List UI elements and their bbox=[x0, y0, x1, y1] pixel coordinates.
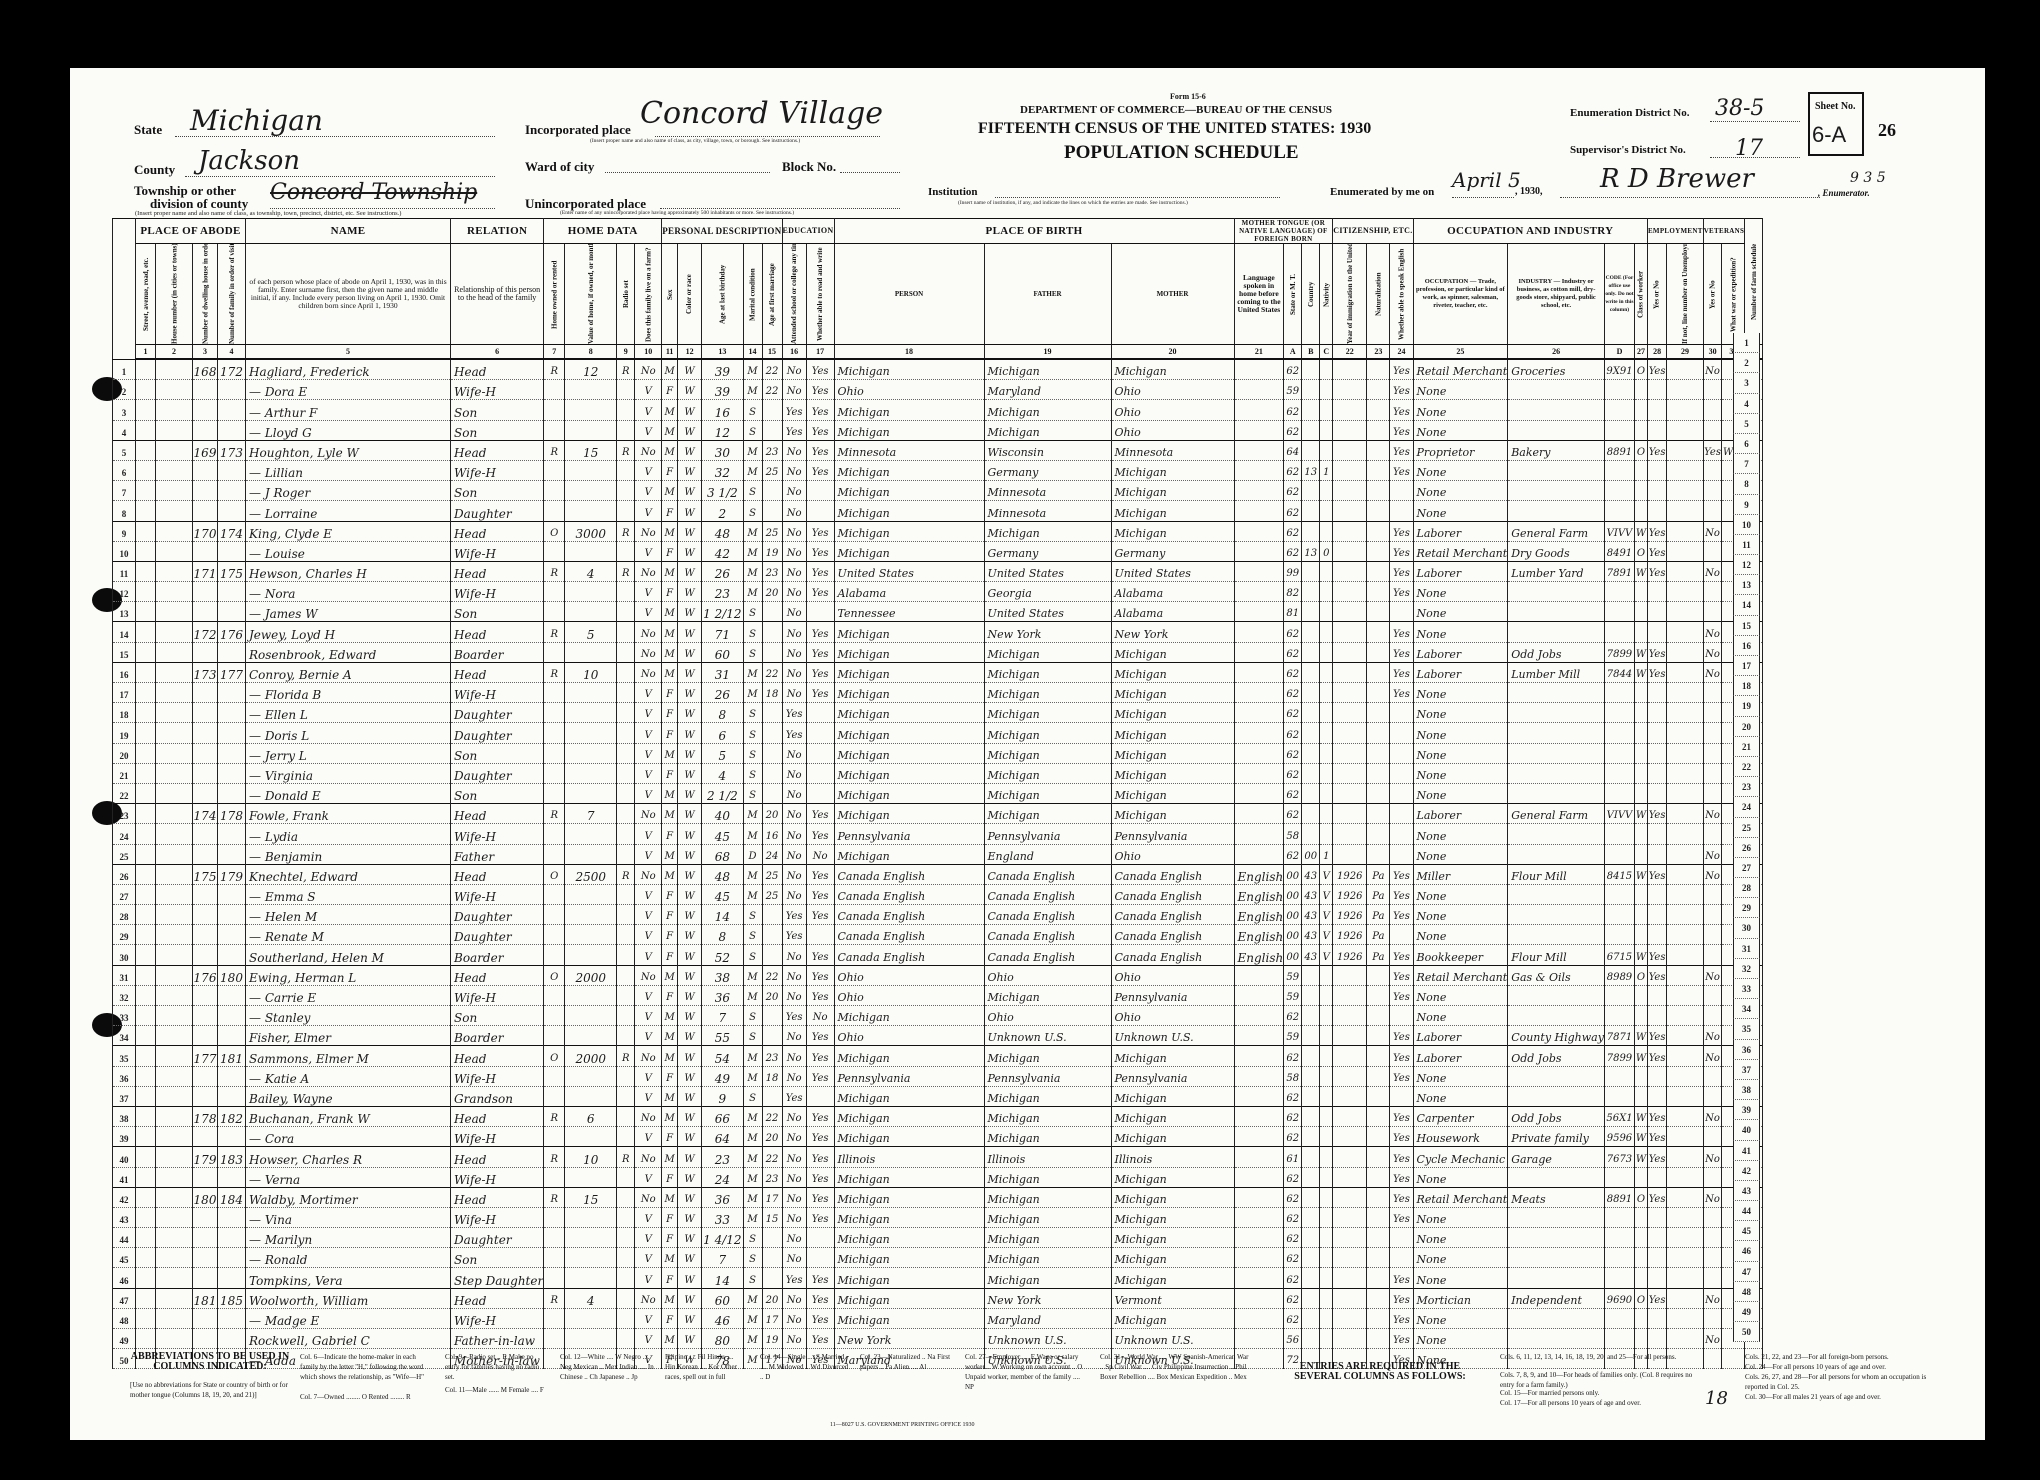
father-birthplace-cell: Michigan bbox=[984, 1046, 1111, 1066]
father-birthplace-cell: Michigan bbox=[984, 662, 1111, 682]
mother-birthplace-cell: Michigan bbox=[1111, 703, 1234, 723]
occupation-code-cell bbox=[1604, 460, 1634, 480]
farm-cell: V bbox=[635, 1026, 662, 1046]
radio-cell bbox=[617, 662, 635, 682]
house-number-cell bbox=[156, 1288, 193, 1308]
house-number-cell bbox=[156, 400, 193, 420]
at-work-cell bbox=[1647, 905, 1666, 925]
home-value-cell: 15 bbox=[565, 1187, 617, 1207]
home-value-cell bbox=[565, 1167, 617, 1187]
industry-cell: Gas & Oils bbox=[1508, 965, 1605, 985]
at-work-cell bbox=[1647, 884, 1666, 904]
code-b-cell: 13 bbox=[1302, 541, 1320, 561]
at-work-cell: Yes bbox=[1647, 965, 1666, 985]
industry-cell bbox=[1508, 905, 1605, 925]
at-work-cell: Yes bbox=[1647, 1288, 1666, 1308]
right-line-number: 36 bbox=[1733, 1040, 1760, 1060]
class-of-worker-cell bbox=[1634, 763, 1647, 783]
speaks-english-cell: Yes bbox=[1390, 380, 1413, 400]
code-a-cell: 00 bbox=[1284, 884, 1302, 904]
house-number-cell bbox=[156, 460, 193, 480]
immigration-year-cell bbox=[1333, 481, 1367, 501]
occupation-cell: None bbox=[1413, 783, 1508, 803]
group-tongue: MOTHER TONGUE (OR NATIVE LANGUAGE) OF FO… bbox=[1234, 219, 1333, 244]
code-a-cell: 62 bbox=[1284, 400, 1302, 420]
radio-cell bbox=[617, 1288, 635, 1308]
marital-cell: S bbox=[743, 622, 762, 642]
code-a-cell: 99 bbox=[1284, 561, 1302, 581]
radio-cell: R bbox=[617, 1046, 635, 1066]
veteran-cell bbox=[1703, 400, 1722, 420]
speaks-english-cell: Yes bbox=[1390, 864, 1413, 884]
immigration-year-cell: 1926 bbox=[1333, 864, 1367, 884]
birthplace-cell: Ohio bbox=[834, 965, 984, 985]
dwelling-number-cell bbox=[193, 1207, 218, 1227]
age-first-marriage-cell: 25 bbox=[762, 460, 782, 480]
house-number-cell bbox=[156, 1026, 193, 1046]
right-line-number: 29 bbox=[1733, 898, 1760, 918]
birthplace-cell: Canada English bbox=[834, 864, 984, 884]
relation-cell: Daughter bbox=[451, 501, 544, 521]
birthplace-cell: Michigan bbox=[834, 1106, 984, 1126]
line-number: 17 bbox=[113, 683, 136, 703]
speaks-english-cell: Yes bbox=[1390, 965, 1413, 985]
right-line-number: 22 bbox=[1733, 757, 1760, 777]
home-owned-cell bbox=[544, 1086, 565, 1106]
unemployment-line-cell bbox=[1667, 582, 1703, 602]
race-cell: W bbox=[677, 864, 701, 884]
code-c-cell bbox=[1320, 1006, 1333, 1026]
birthplace-cell: Pennsylvania bbox=[834, 1066, 984, 1086]
street-cell bbox=[136, 1026, 156, 1046]
dwelling-number-cell bbox=[193, 723, 218, 743]
birthplace-cell: Minnesota bbox=[834, 440, 984, 460]
right-line-number: 12 bbox=[1733, 555, 1760, 575]
naturalization-cell bbox=[1367, 824, 1390, 844]
enumerated-date-line bbox=[1452, 197, 1514, 198]
street-cell bbox=[136, 1066, 156, 1086]
industry-cell bbox=[1508, 1086, 1605, 1106]
class-of-worker-cell bbox=[1634, 1006, 1647, 1026]
mother-birthplace-cell: Michigan bbox=[1111, 1228, 1234, 1248]
age-first-marriage-cell bbox=[762, 783, 782, 803]
unemployment-line-cell bbox=[1667, 642, 1703, 662]
at-work-cell: Yes bbox=[1647, 1127, 1666, 1147]
speaks-english-cell: Yes bbox=[1390, 1026, 1413, 1046]
race-cell: W bbox=[677, 1006, 701, 1026]
column-number: A bbox=[1284, 345, 1302, 360]
class-of-worker-cell bbox=[1634, 622, 1647, 642]
language-cell bbox=[1234, 1329, 1284, 1349]
birthplace-cell: Michigan bbox=[834, 662, 984, 682]
relation-cell: Daughter bbox=[451, 1228, 544, 1248]
table-row: 38178182Buchanan, Frank WHeadR6NoMW66M22… bbox=[113, 1106, 1786, 1126]
line-number: 10 bbox=[113, 541, 136, 561]
unemployment-line-cell bbox=[1667, 1046, 1703, 1066]
home-owned-cell bbox=[544, 400, 565, 420]
occupation-cell: None bbox=[1413, 400, 1508, 420]
race-cell: W bbox=[677, 440, 701, 460]
school-cell: No bbox=[782, 481, 806, 501]
street-cell bbox=[136, 541, 156, 561]
group-birth: PLACE OF BIRTH bbox=[834, 219, 1234, 244]
farm-cell: V bbox=[635, 1268, 662, 1288]
age-first-marriage-cell: 24 bbox=[762, 844, 782, 864]
marital-cell: S bbox=[743, 642, 762, 662]
code-a-cell: 62 bbox=[1284, 703, 1302, 723]
name-cell: Jewey, Loyd H bbox=[246, 622, 451, 642]
father-birthplace-cell: Canada English bbox=[984, 905, 1111, 925]
naturalization-cell bbox=[1367, 985, 1390, 1005]
name-cell: Fisher, Elmer bbox=[246, 1026, 451, 1046]
ward-line bbox=[605, 172, 770, 173]
immigration-year-cell bbox=[1333, 824, 1367, 844]
radio-cell bbox=[617, 985, 635, 1005]
name-cell: King, Clyde E bbox=[246, 521, 451, 541]
home-owned-cell bbox=[544, 1006, 565, 1026]
group-citizenship: CITIZENSHIP, ETC. bbox=[1333, 219, 1413, 244]
right-line-number: 6 bbox=[1733, 434, 1760, 454]
header-col20: MOTHER bbox=[1111, 244, 1234, 345]
farm-cell: V bbox=[635, 703, 662, 723]
line-number: 8 bbox=[113, 501, 136, 521]
father-birthplace-cell: United States bbox=[984, 602, 1111, 622]
birthplace-cell: Ohio bbox=[834, 1026, 984, 1046]
code-b-cell bbox=[1302, 1308, 1320, 1328]
marital-cell: S bbox=[743, 723, 762, 743]
immigration-year-cell bbox=[1333, 844, 1367, 864]
enumerator-label: , Enumerator. bbox=[1818, 188, 1870, 198]
naturalization-cell bbox=[1367, 1006, 1390, 1026]
code-a-cell: 64 bbox=[1284, 440, 1302, 460]
radio-cell bbox=[617, 582, 635, 602]
veteran-cell bbox=[1703, 703, 1722, 723]
race-cell: W bbox=[677, 1308, 701, 1328]
age-first-marriage-cell bbox=[762, 945, 782, 965]
age-cell: 7 bbox=[702, 1248, 743, 1268]
relation-cell: Wife-H bbox=[451, 460, 544, 480]
language-cell bbox=[1234, 743, 1284, 763]
table-row: 19— Doris LDaughterVFW6SYesMichiganMichi… bbox=[113, 723, 1786, 743]
street-cell bbox=[136, 1006, 156, 1026]
age-first-marriage-cell bbox=[762, 420, 782, 440]
occupation-code-cell bbox=[1604, 743, 1634, 763]
code-c-cell: V bbox=[1320, 884, 1333, 904]
father-birthplace-cell: Michigan bbox=[984, 1248, 1111, 1268]
dwelling-number-cell: 176 bbox=[193, 965, 218, 985]
race-cell: W bbox=[677, 1106, 701, 1126]
radio-cell bbox=[617, 824, 635, 844]
marital-cell: M bbox=[743, 1066, 762, 1086]
mother-birthplace-cell: Michigan bbox=[1111, 763, 1234, 783]
read-write-cell: Yes bbox=[806, 1187, 834, 1207]
radio-cell bbox=[617, 1248, 635, 1268]
industry-cell bbox=[1508, 763, 1605, 783]
veteran-cell: Yes bbox=[1703, 440, 1722, 460]
class-of-worker-cell: W bbox=[1634, 945, 1647, 965]
mother-birthplace-cell: Michigan bbox=[1111, 1046, 1234, 1066]
column-number: 29 bbox=[1667, 345, 1703, 360]
home-owned-cell bbox=[544, 602, 565, 622]
race-cell: W bbox=[677, 945, 701, 965]
occupation-code-cell bbox=[1604, 1228, 1634, 1248]
farm-cell: No bbox=[635, 1106, 662, 1126]
radio-cell: R bbox=[617, 561, 635, 581]
dwelling-number-cell bbox=[193, 703, 218, 723]
speaks-english-cell bbox=[1390, 824, 1413, 844]
marital-cell: S bbox=[743, 1248, 762, 1268]
at-work-cell: Yes bbox=[1647, 541, 1666, 561]
name-cell: — Benjamin bbox=[246, 844, 451, 864]
home-value-cell bbox=[565, 945, 617, 965]
naturalization-cell bbox=[1367, 622, 1390, 642]
naturalization-cell bbox=[1367, 743, 1390, 763]
age-cell: 16 bbox=[702, 400, 743, 420]
family-number-cell bbox=[218, 1329, 246, 1349]
table-row: 44— MarilynDaughterVFW1 4/12SNoMichiganM… bbox=[113, 1228, 1786, 1248]
class-of-worker-cell: O bbox=[1634, 440, 1647, 460]
name-cell: Woolworth, William bbox=[246, 1288, 451, 1308]
street-cell bbox=[136, 1147, 156, 1167]
family-number-cell: 173 bbox=[218, 440, 246, 460]
race-cell: W bbox=[677, 1086, 701, 1106]
street-cell bbox=[136, 1288, 156, 1308]
home-value-cell bbox=[565, 783, 617, 803]
street-cell bbox=[136, 1268, 156, 1288]
mother-birthplace-cell: Pennsylvania bbox=[1111, 824, 1234, 844]
table-row: 35177181Sammons, Elmer MHeadO2000RNoMW54… bbox=[113, 1046, 1786, 1066]
birthplace-cell: Michigan bbox=[834, 1248, 984, 1268]
at-work-cell: Yes bbox=[1647, 642, 1666, 662]
dwelling-number-cell bbox=[193, 481, 218, 501]
code-a-cell: 82 bbox=[1284, 582, 1302, 602]
table-row: 47181185Woolworth, WilliamHeadR4NoMW60M2… bbox=[113, 1288, 1786, 1308]
occupation-cell: None bbox=[1413, 925, 1508, 945]
father-birthplace-cell: Minnesota bbox=[984, 481, 1111, 501]
birthplace-cell: Canada English bbox=[834, 925, 984, 945]
sex-cell: M bbox=[662, 1288, 678, 1308]
enumerated-year: , 1930, bbox=[1515, 186, 1543, 197]
marital-cell: S bbox=[743, 783, 762, 803]
speaks-english-cell bbox=[1390, 1086, 1413, 1106]
street-cell bbox=[136, 521, 156, 541]
occupation-cell: Laborer bbox=[1413, 1026, 1508, 1046]
table-row: 10— LouiseWife-HVFW42M19NoYesMichiganGer… bbox=[113, 541, 1786, 561]
family-number-cell: 175 bbox=[218, 561, 246, 581]
entries-5: Cols. 21, 22, and 23—For all foreign-bor… bbox=[1745, 1352, 1945, 1362]
speaks-english-cell: Yes bbox=[1390, 1147, 1413, 1167]
relation-cell: Son bbox=[451, 400, 544, 420]
line-number: 36 bbox=[113, 1066, 136, 1086]
line-number: 40 bbox=[113, 1147, 136, 1167]
line-number: 49 bbox=[113, 1329, 136, 1349]
speaks-english-cell: Yes bbox=[1390, 683, 1413, 703]
occupation-code-cell: 9596 bbox=[1604, 1127, 1634, 1147]
header-colB: Country bbox=[1302, 244, 1320, 345]
speaks-english-cell: Yes bbox=[1390, 1046, 1413, 1066]
birthplace-cell: Michigan bbox=[834, 622, 984, 642]
race-cell: W bbox=[677, 824, 701, 844]
read-write-cell: Yes bbox=[806, 1046, 834, 1066]
class-of-worker-cell: O bbox=[1634, 1187, 1647, 1207]
language-cell bbox=[1234, 1046, 1284, 1066]
naturalization-cell bbox=[1367, 1147, 1390, 1167]
code-c-cell bbox=[1320, 703, 1333, 723]
home-value-cell: 10 bbox=[565, 662, 617, 682]
institution-label: Institution bbox=[928, 186, 978, 198]
occupation-cell: None bbox=[1413, 1086, 1508, 1106]
sex-cell: F bbox=[662, 380, 678, 400]
sex-cell: F bbox=[662, 884, 678, 904]
school-cell: Yes bbox=[782, 1086, 806, 1106]
family-number-cell bbox=[218, 400, 246, 420]
read-write-cell bbox=[806, 925, 834, 945]
entries-2: Cols. 7, 8, 9, and 10—For heads of famil… bbox=[1500, 1370, 1700, 1390]
veteran-cell bbox=[1703, 541, 1722, 561]
farm-cell: V bbox=[635, 1167, 662, 1187]
name-cell: — Katie A bbox=[246, 1066, 451, 1086]
race-cell: W bbox=[677, 804, 701, 824]
code-c-cell bbox=[1320, 420, 1333, 440]
line-number: 4 bbox=[113, 420, 136, 440]
house-number-cell bbox=[156, 521, 193, 541]
unemployment-line-cell bbox=[1667, 925, 1703, 945]
birthplace-cell: Alabama bbox=[834, 582, 984, 602]
at-work-cell bbox=[1647, 1228, 1666, 1248]
race-cell: W bbox=[677, 1147, 701, 1167]
header-col24: Whether able to speak English bbox=[1390, 244, 1413, 345]
immigration-year-cell bbox=[1333, 561, 1367, 581]
right-line-number: 23 bbox=[1733, 777, 1760, 797]
sex-cell: F bbox=[662, 1268, 678, 1288]
name-cell: — Verna bbox=[246, 1167, 451, 1187]
dwelling-number-cell bbox=[193, 1167, 218, 1187]
header-col4: Number of family in order of visitation bbox=[218, 244, 246, 345]
read-write-cell: Yes bbox=[806, 380, 834, 400]
right-line-number: 5 bbox=[1733, 414, 1760, 434]
at-work-cell bbox=[1647, 743, 1666, 763]
class-of-worker-cell: O bbox=[1634, 541, 1647, 561]
farm-cell: No bbox=[635, 359, 662, 380]
read-write-cell: Yes bbox=[806, 884, 834, 904]
name-cell: Waldby, Mortimer bbox=[246, 1187, 451, 1207]
age-cell: 5 bbox=[702, 743, 743, 763]
unemployment-line-cell bbox=[1667, 380, 1703, 400]
class-of-worker-cell bbox=[1634, 1248, 1647, 1268]
father-birthplace-cell: Germany bbox=[984, 541, 1111, 561]
veteran-cell: No bbox=[1703, 1046, 1722, 1066]
code-c-cell bbox=[1320, 683, 1333, 703]
home-owned-cell bbox=[544, 1228, 565, 1248]
read-write-cell bbox=[806, 723, 834, 743]
line-number: 22 bbox=[113, 783, 136, 803]
father-birthplace-cell: Michigan bbox=[984, 1268, 1111, 1288]
immigration-year-cell bbox=[1333, 1106, 1367, 1126]
abbrev-col12b: Filipino .... Fil Hindu .... Hin Korean … bbox=[665, 1352, 745, 1382]
at-work-cell bbox=[1647, 1329, 1666, 1349]
read-write-cell: Yes bbox=[806, 1066, 834, 1086]
code-b-cell bbox=[1302, 400, 1320, 420]
veteran-cell bbox=[1703, 501, 1722, 521]
occupation-code-cell: 8989 bbox=[1604, 965, 1634, 985]
line-number: 18 bbox=[113, 703, 136, 723]
veteran-cell bbox=[1703, 1248, 1722, 1268]
table-row: 18— Ellen LDaughterVFW8SYesMichiganMichi… bbox=[113, 703, 1786, 723]
line-number: 20 bbox=[113, 743, 136, 763]
mother-birthplace-cell: Canada English bbox=[1111, 905, 1234, 925]
house-number-cell bbox=[156, 1308, 193, 1328]
code-a-cell: 62 bbox=[1284, 481, 1302, 501]
house-number-cell bbox=[156, 481, 193, 501]
language-cell bbox=[1234, 642, 1284, 662]
farm-cell: V bbox=[635, 541, 662, 561]
speaks-english-cell bbox=[1390, 1248, 1413, 1268]
read-write-cell: Yes bbox=[806, 1268, 834, 1288]
abbrev-col6: Col. 6—Indicate the home-maker in each f… bbox=[300, 1352, 425, 1382]
occupation-code-cell bbox=[1604, 622, 1634, 642]
veteran-cell bbox=[1703, 1167, 1722, 1187]
at-work-cell bbox=[1647, 1308, 1666, 1328]
column-number: 13 bbox=[702, 345, 743, 360]
immigration-year-cell bbox=[1333, 400, 1367, 420]
header-col14: Marital condition bbox=[743, 244, 762, 345]
immigration-year-cell: 1926 bbox=[1333, 905, 1367, 925]
sex-cell: M bbox=[662, 622, 678, 642]
radio-cell bbox=[617, 380, 635, 400]
race-cell: W bbox=[677, 400, 701, 420]
industry-cell bbox=[1508, 1207, 1605, 1227]
dwelling-number-cell bbox=[193, 420, 218, 440]
at-work-cell bbox=[1647, 723, 1666, 743]
race-cell: W bbox=[677, 662, 701, 682]
institution-note: (Insert name of institution, if any, and… bbox=[958, 200, 1188, 206]
right-line-number: 10 bbox=[1733, 515, 1760, 535]
unemployment-line-cell bbox=[1667, 400, 1703, 420]
school-cell: No bbox=[782, 662, 806, 682]
occupation-cell: None bbox=[1413, 1228, 1508, 1248]
read-write-cell: Yes bbox=[806, 460, 834, 480]
read-write-cell bbox=[806, 1248, 834, 1268]
family-number-cell: 176 bbox=[218, 622, 246, 642]
age-first-marriage-cell: 23 bbox=[762, 1167, 782, 1187]
house-number-cell bbox=[156, 1086, 193, 1106]
family-number-cell bbox=[218, 945, 246, 965]
immigration-year-cell bbox=[1333, 985, 1367, 1005]
naturalization-cell bbox=[1367, 844, 1390, 864]
mother-birthplace-cell: Pennsylvania bbox=[1111, 1066, 1234, 1086]
age-cell: 2 1/2 bbox=[702, 783, 743, 803]
code-a-cell: 62 bbox=[1284, 723, 1302, 743]
line-number: 13 bbox=[113, 602, 136, 622]
table-row: 3— Arthur FSonVMW16SYesYesMichiganMichig… bbox=[113, 400, 1786, 420]
house-number-cell bbox=[156, 804, 193, 824]
mother-birthplace-cell: Michigan bbox=[1111, 1308, 1234, 1328]
mother-birthplace-cell: Michigan bbox=[1111, 723, 1234, 743]
naturalization-cell bbox=[1367, 380, 1390, 400]
speaks-english-cell: Yes bbox=[1390, 642, 1413, 662]
line-number: 11 bbox=[113, 561, 136, 581]
speaks-english-cell: Yes bbox=[1390, 1268, 1413, 1288]
mother-birthplace-cell: New York bbox=[1111, 622, 1234, 642]
occupation-cell: Laborer bbox=[1413, 642, 1508, 662]
group-employment: EMPLOYMENT bbox=[1647, 219, 1703, 244]
age-first-marriage-cell: 20 bbox=[762, 1288, 782, 1308]
code-a-cell: 62 bbox=[1284, 460, 1302, 480]
right-line-number: 44 bbox=[1733, 1201, 1760, 1221]
marital-cell: S bbox=[743, 400, 762, 420]
relation-cell: Wife-H bbox=[451, 1308, 544, 1328]
home-value-cell bbox=[565, 1228, 617, 1248]
